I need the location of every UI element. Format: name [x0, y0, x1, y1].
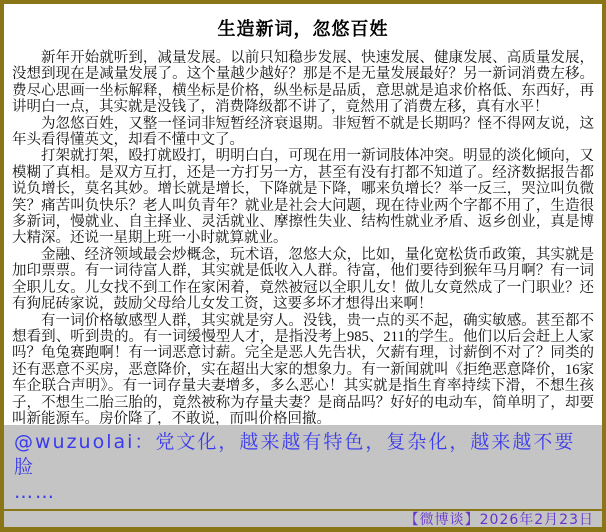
footer-source-date: 【微博谈】2026年2月23日 [405, 512, 594, 528]
article-paragraph: 金融、经济领域最会炒概念，玩术语，忽悠大众，比如，量化宽松货币政策，其实就是加印… [12, 247, 594, 313]
article-paragraph: 为忽悠百姓，又整一怪词非短暂经济衰退期。非短暂不就是长期吗？怪不得网友说，这年头… [12, 116, 594, 149]
article-paragraph: 新年开始就听到，减量发展。以前只知稳步发展、快速发展、健康发展、高质量发展，没想… [12, 50, 594, 116]
comment-text-line2: …… [14, 480, 592, 505]
article-body: 新年开始就听到，减量发展。以前只知稳步发展、快速发展、健康发展、高质量发展，没想… [12, 50, 594, 425]
article-frame: 生造新词，忽悠百姓 新年开始就听到，减量发展。以前只知稳步发展、快速发展、健康发… [0, 0, 606, 532]
article-paragraph: 有一词价格敏感型人群，其实就是穷人。没钱，贵一点的买不起，确实敏感。甚至都不想看… [12, 313, 594, 426]
comment-text-line1: @wuzuolai：党文化，越来越有特色，复杂化，越来越不要脸 [14, 430, 592, 480]
comment-band: @wuzuolai：党文化，越来越有特色，复杂化，越来越不要脸 …… [4, 425, 602, 509]
article-content: 生造新词，忽悠百姓 新年开始就听到，减量发展。以前只知稳步发展、快速发展、健康发… [4, 4, 602, 425]
footer-bar: 【微博谈】2026年2月23日 [4, 511, 602, 527]
article-paragraph: 打架就打架，殴打就殴打，明明白白，可现在用一新词肢体冲突。明显的淡化倾向，又模糊… [12, 148, 594, 246]
article-title: 生造新词，忽悠百姓 [12, 15, 594, 41]
